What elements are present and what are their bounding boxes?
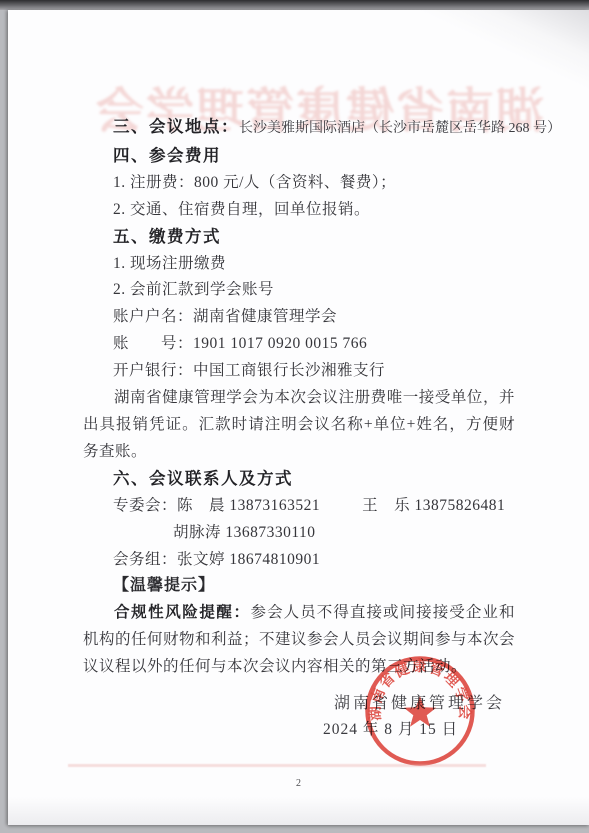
- contact-row3-value: 张文婷 18674810901: [177, 551, 320, 568]
- contact-row3-label: 会务组：: [113, 551, 177, 568]
- venue-address: 长沙美雅斯国际酒店（长沙市岳麓区岳华路 268 号）: [239, 121, 561, 136]
- scanner-edge-band: [0, 0, 589, 10]
- tips-heading: 【温馨提示】: [83, 573, 515, 600]
- scan-artifact-line: [68, 764, 486, 767]
- venue-heading: 三、会议地点：: [113, 118, 239, 136]
- official-seal: 湖南省健康管理学会: [363, 654, 477, 768]
- account-number-line: 账 号：1901 1017 0920 0015 766: [83, 331, 515, 358]
- contact-row-2: 胡脉涛 13687330110: [83, 520, 515, 547]
- payment-item-1: 1. 现场注册缴费: [83, 251, 515, 278]
- contacts-heading: 六、会议联系人及方式: [83, 466, 515, 493]
- page-number: 2: [8, 778, 589, 789]
- contact-row1-label: 专委会：: [113, 497, 177, 514]
- document-body: 三、会议地点：长沙美雅斯国际酒店（长沙市岳麓区岳华路 268 号） 四、参会费用…: [83, 114, 515, 681]
- contact-row-1: 专委会：陈 晨 13873163521王 乐 13875826481: [83, 493, 515, 520]
- bank-line: 开户银行：中国工商银行长沙湘雅支行: [83, 358, 515, 385]
- fees-item-1: 1. 注册费：800 元/人（含资料、餐费）；: [83, 170, 515, 197]
- document-page: 湖南省健康管理学会 三、会议地点：长沙美雅斯国际酒店（长沙市岳麓区岳华路 268…: [8, 10, 589, 825]
- contact-row1-left: 陈 晨 13873163521: [177, 497, 320, 514]
- contact-row-3: 会务组：张文婷 18674810901: [83, 547, 515, 574]
- payment-item-2: 2. 会前汇款到学会账号: [83, 277, 515, 304]
- payment-heading: 五、缴费方式: [83, 224, 515, 251]
- fees-heading: 四、参会费用: [83, 143, 515, 170]
- seal-star: [404, 696, 436, 727]
- account-name-line: 账户户名：湖南省健康管理学会: [83, 304, 515, 331]
- fees-item-2: 2. 交通、住宿费自理，回单位报销。: [83, 197, 515, 224]
- payment-note-paragraph: 湖南省健康管理学会为本次会议注册费唯一接受单位，并出具报销凭证。汇款时请注明会议…: [83, 385, 515, 466]
- section-venue: 三、会议地点：长沙美雅斯国际酒店（长沙市岳麓区岳华路 268 号）: [83, 114, 515, 143]
- paper-bottom-shadow: [8, 797, 589, 825]
- contact-row1-right: 王 乐 13875826481: [362, 497, 505, 514]
- compliance-lead: 合规性风险提醒：: [114, 604, 251, 621]
